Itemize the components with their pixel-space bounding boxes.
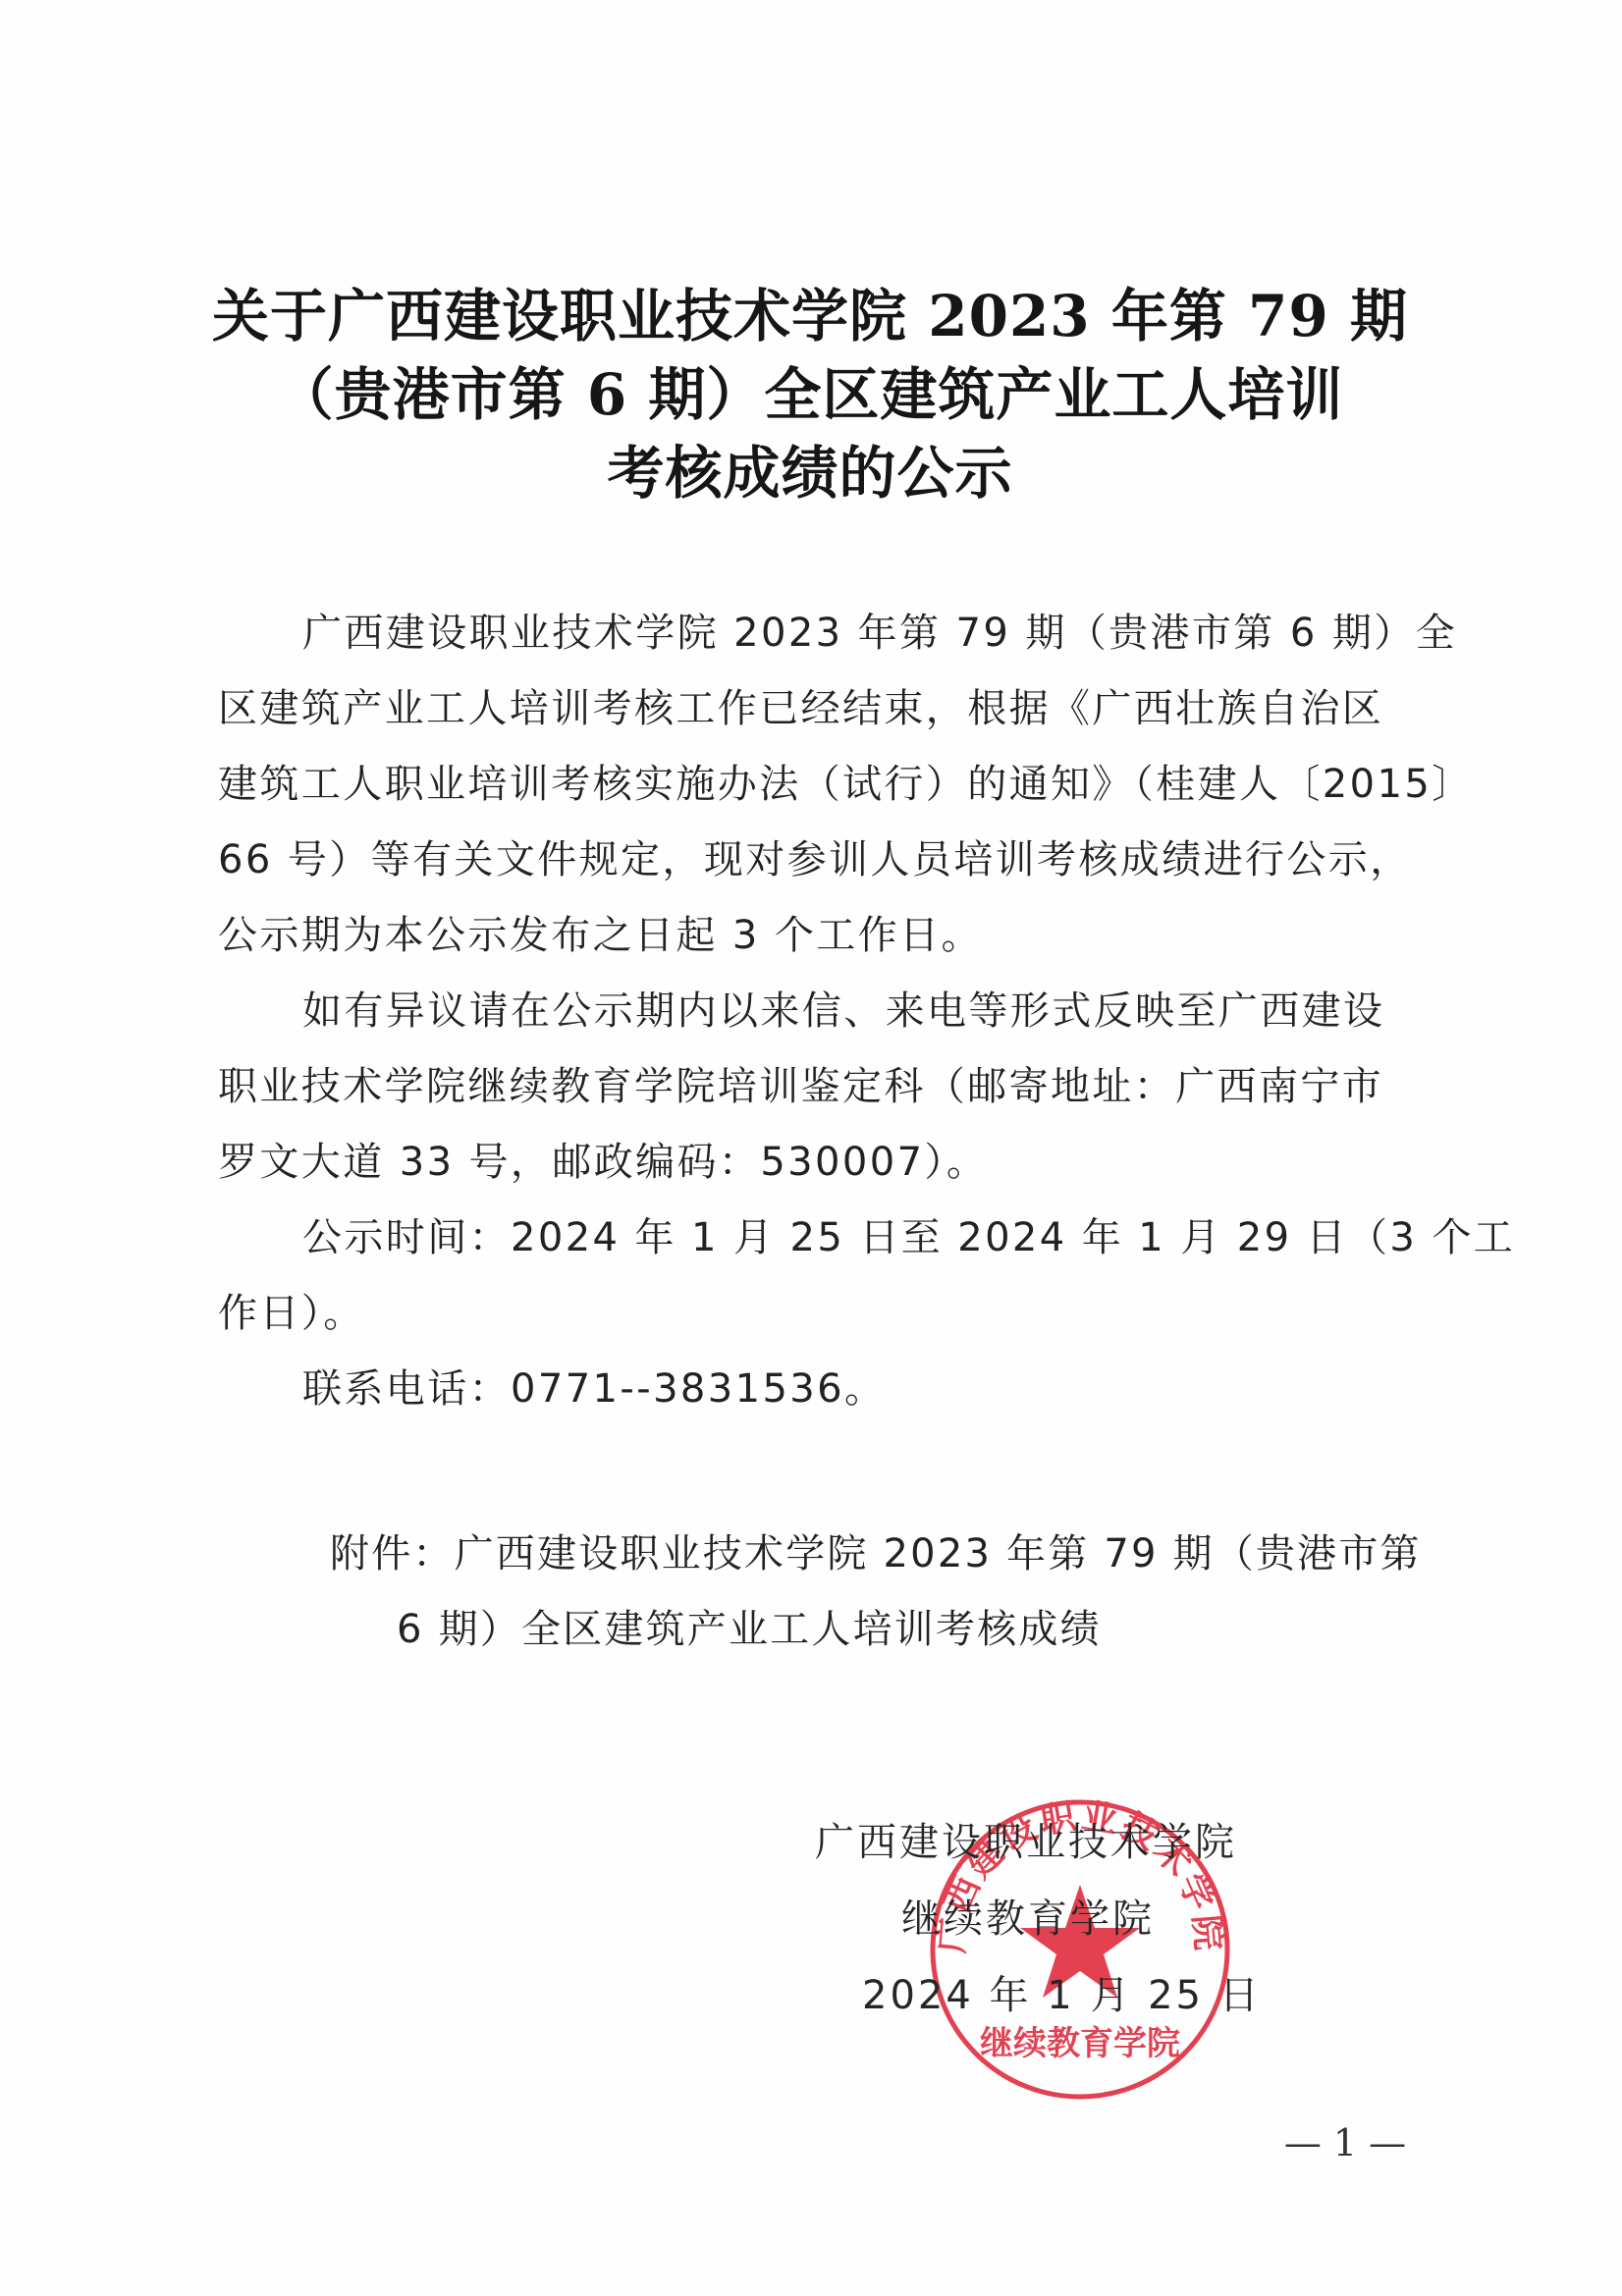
document-title: 关于广西建设职业技术学院 2023 年第 79 期 （贵港市第 6 期）全区建筑… [196,277,1424,512]
text-line: 广西建设职业技术学院 2023 年第 79 期（贵港市第 6 期）全 [218,596,1416,671]
paragraph-announcement: 广西建设职业技术学院 2023 年第 79 期（贵港市第 6 期）全 区建筑产业… [218,596,1416,974]
attachment-note: 附件：广西建设职业技术学院 2023 年第 79 期（贵港市第 6 期）全区建筑… [330,1517,1420,1668]
paragraph-period: 公示时间：2024 年 1 月 25 日至 2024 年 1 月 29 日（3 … [218,1201,1416,1352]
contact-phone: 联系电话：0771--3831536。 [218,1352,1416,1427]
signature-block: 广西建设职业技术学院 继续教育学院 2024 年 1 月 25 日 [815,1804,1286,2034]
page-number: — 1 — [1267,2118,1424,2167]
text-line: 建筑工人职业培训考核实施办法（试行）的通知》（桂建人〔2015〕 [218,747,1416,823]
attachment-line-1: 附件：广西建设职业技术学院 2023 年第 79 期（贵港市第 [330,1517,1420,1592]
signature-date: 2024 年 1 月 25 日 [815,1957,1286,2034]
attachment-line-2: 6 期）全区建筑产业工人培训考核成绩 [330,1592,1420,1668]
text-line: 如有异议请在公示期内以来信、来电等形式反映至广西建设 [218,974,1416,1049]
text-line: 罗文大道 33 号，邮政编码：530007）。 [218,1125,1416,1201]
document-body: 广西建设职业技术学院 2023 年第 79 期（贵港市第 6 期）全 区建筑产业… [218,596,1416,1427]
document-page: 关于广西建设职业技术学院 2023 年第 79 期 （贵港市第 6 期）全区建筑… [0,0,1622,2296]
signature-department: 继续教育学院 [815,1881,1286,1957]
title-line-3: 考核成绩的公示 [196,434,1424,512]
title-line-2: （贵港市第 6 期）全区建筑产业工人培训 [196,355,1424,434]
title-line-1: 关于广西建设职业技术学院 2023 年第 79 期 [196,277,1424,355]
text-line: 职业技术学院继续教育学院培训鉴定科（邮寄地址：广西南宁市 [218,1049,1416,1125]
text-line: 66 号）等有关文件规定，现对参训人员培训考核成绩进行公示， [218,823,1416,898]
text-line: 作日）。 [218,1276,1416,1352]
paragraph-objection: 如有异议请在公示期内以来信、来电等形式反映至广西建设 职业技术学院继续教育学院培… [218,974,1416,1201]
signature-organization: 广西建设职业技术学院 [815,1804,1286,1881]
text-line: 区建筑产业工人培训考核工作已经结束，根据《广西壮族自治区 [218,671,1416,747]
paragraph-contact: 联系电话：0771--3831536。 [218,1352,1416,1427]
text-line: 公示时间：2024 年 1 月 25 日至 2024 年 1 月 29 日（3 … [218,1201,1416,1276]
text-line: 公示期为本公示发布之日起 3 个工作日。 [218,898,1416,974]
